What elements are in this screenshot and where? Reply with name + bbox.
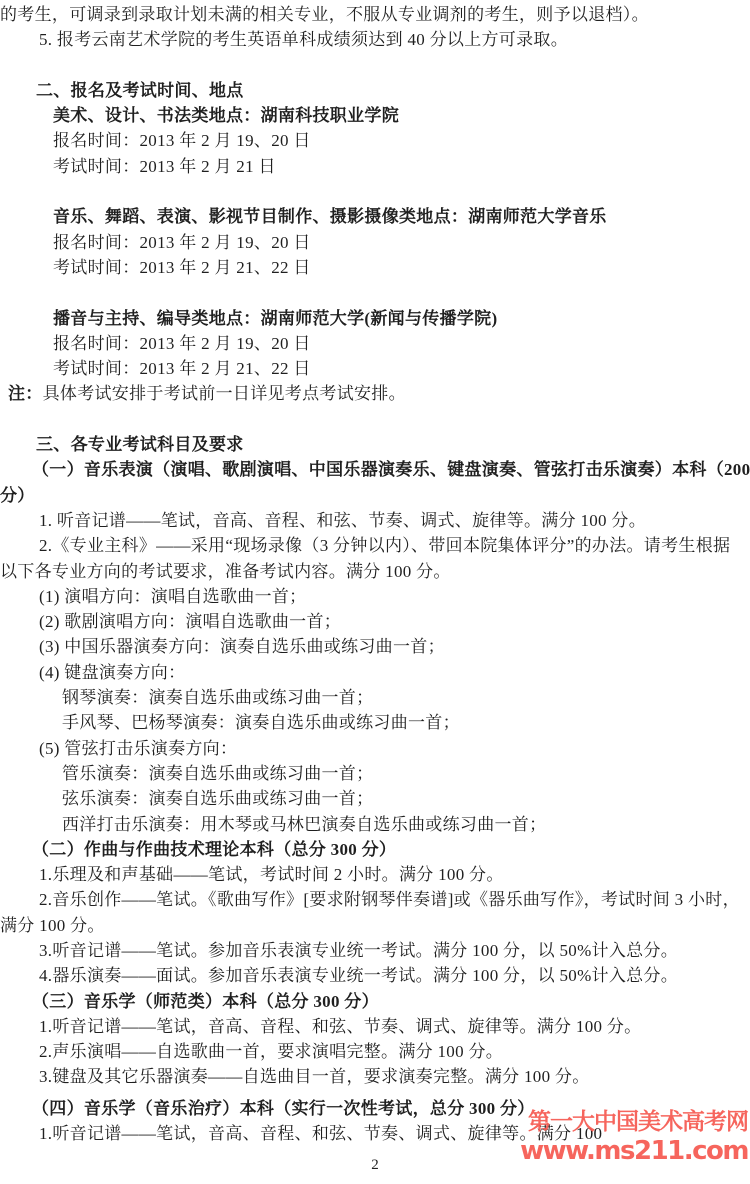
exam-time-line: 考试时间：2013 年 2 月 21、22 日 (0, 255, 750, 280)
registration-time-line: 报名时间：2013 年 2 月 19、20 日 (0, 230, 750, 255)
location-heading-art-design: 美术、设计、书法类地点：湖南科技职业学院 (0, 103, 750, 128)
list-item: (3) 中国乐器演奏方向：演奏自选乐曲或练习曲一首； (0, 634, 750, 659)
document-content: 的考生，可调录到录取计划未满的相关专业，不服从专业调剂的考生，则予以退档）。5.… (0, 2, 750, 1146)
list-item: (2) 歌剧演唱方向：演唱自选歌曲一首； (0, 609, 750, 634)
document-page: 的考生，可调录到录取计划未满的相关专业，不服从专业调剂的考生，则予以退档）。5.… (0, 0, 750, 1184)
section-4-heading: （四）音乐学（音乐治疗）本科（实行一次性考试，总分 300 分） (0, 1096, 750, 1121)
text-line: 5. 报考云南艺术学院的考生英语单科成绩须达到 40 分以上方可录取。 (0, 27, 750, 52)
sub-list-item: 钢琴演奏：演奏自选乐曲或练习曲一首； (0, 685, 750, 710)
list-item: (5) 管弦打击乐演奏方向： (0, 736, 750, 761)
blank-line (0, 179, 750, 204)
blank-line (0, 407, 750, 432)
section-2-heading: （二）作曲与作曲技术理论本科（总分 300 分） (0, 837, 750, 862)
list-item: (1) 演唱方向：演唱自选歌曲一首； (0, 584, 750, 609)
text-line: 2.声乐演唱——自选歌曲一首，要求演唱完整。满分 100 分。 (0, 1039, 750, 1064)
note-label: 注： (8, 384, 43, 403)
text-line: 2.音乐创作——笔试。《歌曲写作》[要求附钢琴伴奏谱]或《器乐曲写作》，考试时间… (0, 887, 750, 912)
exam-time-line: 考试时间：2013 年 2 月 21、22 日 (0, 356, 750, 381)
text-line: 的考生，可调录到录取计划未满的相关专业，不服从专业调剂的考生，则予以退档）。 (0, 2, 750, 27)
text-line: 以下各专业方向的考试要求，准备考试内容。满分 100 分。 (0, 559, 750, 584)
text-line: 1.听音记谱——笔试，音高、音程、和弦、节奏、调式、旋律等。满分 100 (0, 1121, 750, 1146)
section-3-heading: （三）音乐学（师范类）本科（总分 300 分） (0, 989, 750, 1014)
text-line: 3.键盘及其它乐器演奏——自选曲目一首，要求演奏完整。满分 100 分。 (0, 1064, 750, 1089)
text-line: 1.乐理及和声基础——笔试，考试时间 2 小时。满分 100 分。 (0, 862, 750, 887)
exam-time-line: 考试时间：2013 年 2 月 21 日 (0, 154, 750, 179)
text-line: 1.听音记谱——笔试，音高、音程、和弦、节奏、调式、旋律等。满分 100 分。 (0, 1014, 750, 1039)
sub-list-item: 西洋打击乐演奏：用木琴或马林巴演奏自选乐曲或练习曲一首； (0, 812, 750, 837)
location-heading-broadcasting: 播音与主持、编导类地点：湖南师范大学(新闻与传播学院) (0, 306, 750, 331)
registration-time-line: 报名时间：2013 年 2 月 19、20 日 (0, 331, 750, 356)
blank-line (0, 280, 750, 305)
page-number: 2 (0, 1157, 750, 1174)
registration-time-line: 报名时间：2013 年 2 月 19、20 日 (0, 128, 750, 153)
section-1-heading: （一）音乐表演（演唱、歌剧演唱、中国乐器演奏乐、键盘演奏、管弦打击乐演奏）本科（… (0, 457, 750, 482)
sub-list-item: 弦乐演奏：演奏自选乐曲或练习曲一首； (0, 786, 750, 811)
note-text: 具体考试安排于考试前一日详见考点考试安排。 (43, 384, 406, 403)
text-line: 4.器乐演奏——面试。参加音乐表演专业统一考试。满分 100 分，以 50%计入… (0, 963, 750, 988)
note-line: 注：具体考试安排于考试前一日详见考点考试安排。 (0, 381, 750, 406)
text-line: 2.《专业主科》——采用“现场录像（3 分钟以内）、带回本院集体评分”的办法。请… (0, 533, 750, 558)
sub-list-item: 管乐演奏：演奏自选乐曲或练习曲一首； (0, 761, 750, 786)
heading-registration-exam-time: 二、报名及考试时间、地点 (0, 78, 750, 103)
section-1-heading-wrap: 分） (0, 483, 750, 508)
list-item: (4) 键盘演奏方向： (0, 660, 750, 685)
heading-exam-subjects: 三、各专业考试科目及要求 (0, 432, 750, 457)
sub-list-item: 手风琴、巴杨琴演奏：演奏自选乐曲或练习曲一首； (0, 710, 750, 735)
blank-line (0, 53, 750, 78)
text-line: 1. 听音记谱——笔试，音高、音程、和弦、节奏、调式、旋律等。满分 100 分。 (0, 508, 750, 533)
text-line: 3.听音记谱——笔试。参加音乐表演专业统一考试。满分 100 分，以 50%计入… (0, 938, 750, 963)
text-line: 满分 100 分。 (0, 913, 750, 938)
location-heading-music-dance: 音乐、舞蹈、表演、影视节目制作、摄影摄像类地点：湖南师范大学音乐 (0, 204, 750, 229)
